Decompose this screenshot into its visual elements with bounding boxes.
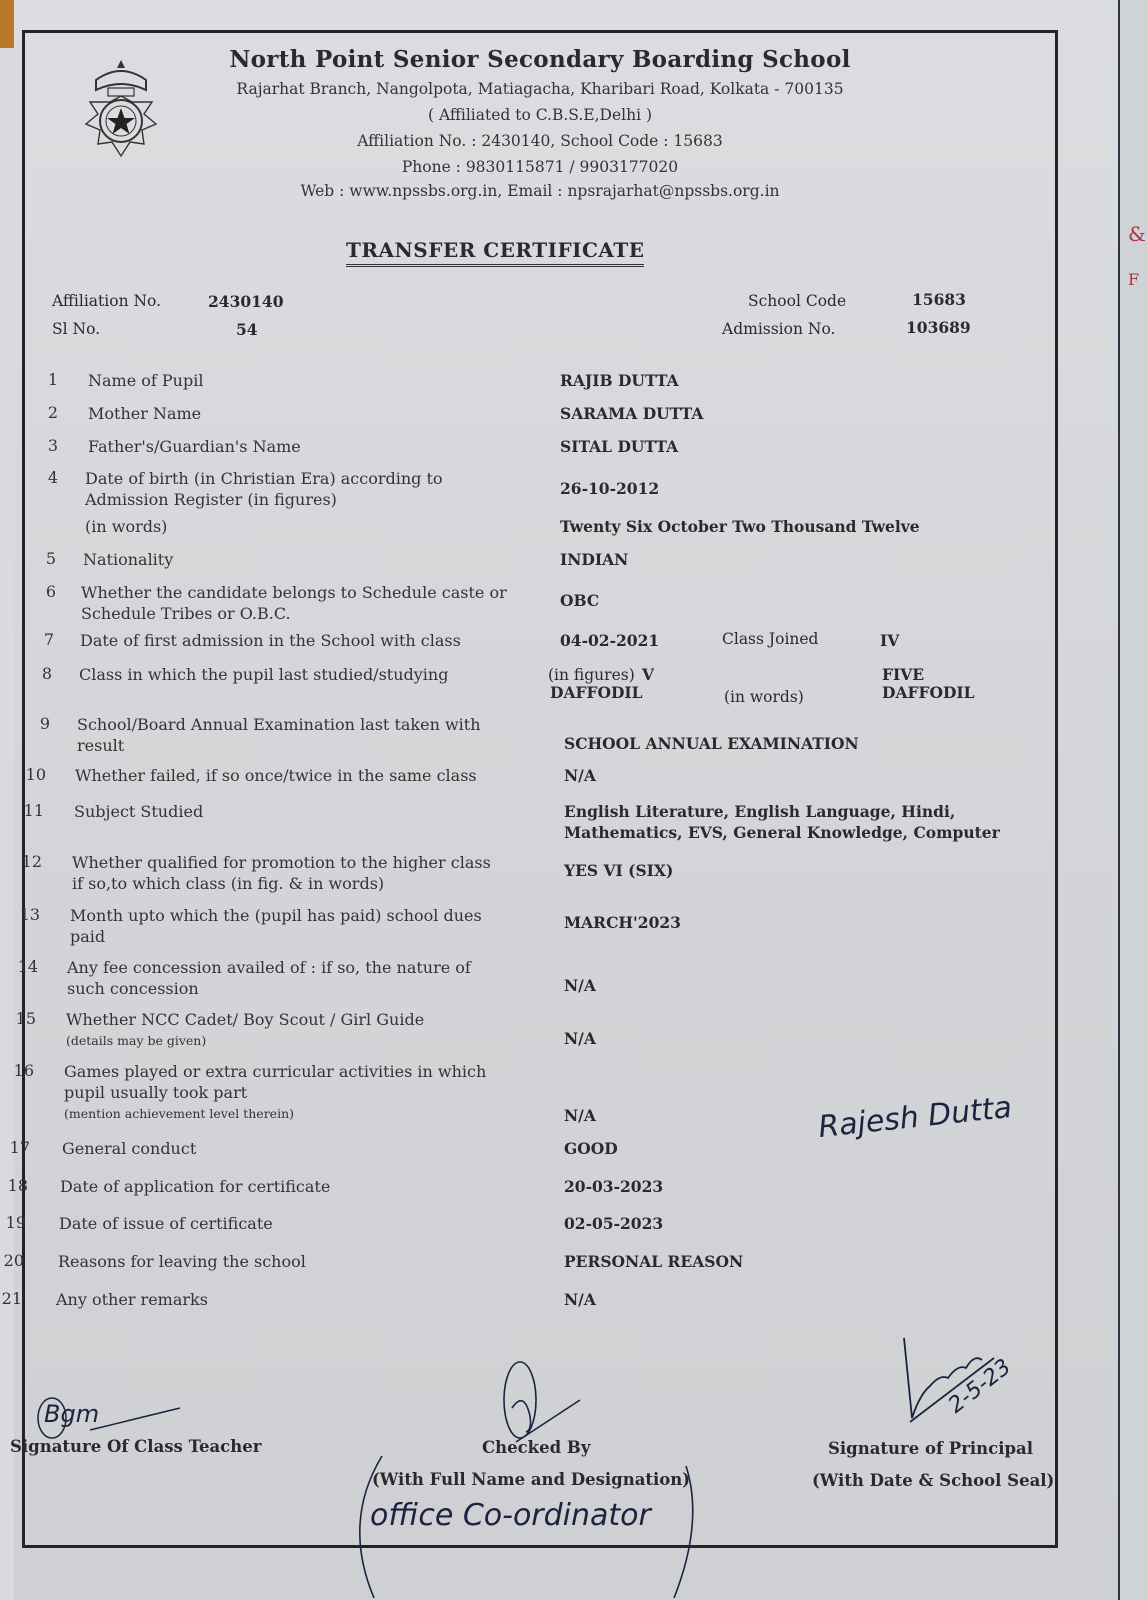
field-7-label: Date of first admission in the School wi… [80, 630, 461, 651]
field-21-label: Any other remarks [56, 1289, 208, 1310]
field-16-value: N/A [564, 1105, 596, 1127]
field-1-value: RAJIB DUTTA [560, 370, 679, 392]
field-12-number: 12 [16, 852, 42, 871]
field-4-words-label: (in words) [85, 516, 167, 537]
document-title: TRANSFER CERTIFICATE [346, 238, 644, 267]
side-note-ampersand: & [1128, 222, 1146, 246]
field-12-label: Whether qualified for promotion to the h… [72, 852, 491, 873]
field-20-number: 20 [0, 1251, 24, 1270]
field-4-label: Date of birth (in Christian Era) accordi… [85, 468, 443, 489]
field-16-number: 16 [8, 1061, 34, 1080]
field-9-number: 9 [24, 714, 50, 733]
field-13-value: MARCH'2023 [564, 912, 681, 934]
field-9-value: SCHOOL ANNUAL EXAMINATION [564, 733, 859, 755]
admission-no-value: 103689 [906, 318, 971, 337]
school-code-label: School Code [748, 292, 846, 310]
field-3-number: 3 [32, 436, 58, 455]
field-3-value: SITAL DUTTA [560, 436, 678, 458]
school-web-email: Web : www.npssbs.org.in, Email : npsraja… [190, 182, 890, 200]
field-8-figures-section: DAFFODIL [550, 682, 643, 704]
field-11-label: Subject Studied [74, 801, 203, 822]
field-10-value: N/A [564, 765, 596, 787]
sl-no-value: 54 [236, 320, 258, 339]
field-16-label-line3: (mention achievement level therein) [64, 1103, 294, 1124]
field-7-class-joined-value: IV [880, 630, 899, 652]
field-11-value-line2: Mathematics, EVS, General Knowledge, Com… [564, 822, 1000, 844]
field-14-number: 14 [12, 957, 38, 976]
field-10-label: Whether failed, if so once/twice in the … [75, 765, 477, 786]
field-13-number: 13 [14, 905, 40, 924]
field-19-value: 02-05-2023 [564, 1213, 663, 1235]
field-2-label: Mother Name [88, 403, 201, 424]
school-affiliation-line: Affiliation No. : 2430140, School Code :… [190, 132, 890, 150]
field-2-value: SARAMA DUTTA [560, 403, 703, 425]
school-name: North Point Senior Secondary Boarding Sc… [190, 46, 890, 73]
field-14-value: N/A [564, 975, 596, 997]
field-15-value: N/A [564, 1028, 596, 1050]
adjacent-paper: & F [1118, 0, 1147, 1600]
field-8-words-label: (in words) [724, 686, 804, 708]
field-8-label: Class in which the pupil last studied/st… [79, 664, 448, 685]
school-address: Rajarhat Branch, Nangolpota, Matiagacha,… [190, 80, 890, 98]
field-18-value: 20-03-2023 [564, 1176, 663, 1198]
field-5-label: Nationality [83, 549, 173, 570]
field-18-label: Date of application for certificate [60, 1176, 330, 1197]
field-4-number: 4 [32, 468, 58, 487]
affiliation-value: 2430140 [208, 292, 284, 311]
field-16-label-line2: pupil usually took part [64, 1082, 247, 1103]
principal-signature-label: Signature of Principal [828, 1439, 1033, 1458]
field-9-label: School/Board Annual Examination last tak… [77, 714, 481, 735]
field-11-number: 11 [18, 801, 44, 820]
field-8-figures-value: V [642, 664, 654, 686]
school-phone: Phone : 9830115871 / 9903177020 [190, 158, 890, 176]
field-14-label-line2: such concession [67, 978, 199, 999]
field-6-label: Whether the candidate belongs to Schedul… [81, 582, 507, 603]
field-2-number: 2 [32, 403, 58, 422]
school-crest-star-icon [82, 58, 160, 158]
school-affiliated-to: ( Affiliated to C.B.S.E,Delhi ) [190, 106, 890, 124]
field-9-label-line2: result [77, 735, 124, 756]
sl-no-label: Sl No. [52, 320, 100, 338]
field-1-number: 1 [32, 370, 58, 389]
field-4-words-value: Twenty Six October Two Thousand Twelve [560, 516, 920, 538]
field-17-number: 17 [4, 1138, 30, 1157]
field-17-label: General conduct [62, 1138, 196, 1159]
checked-by-sublabel: (With Full Name and Designation) [372, 1470, 690, 1489]
field-8-number: 8 [26, 664, 52, 683]
field-8-words-section: DAFFODIL [882, 682, 975, 704]
field-13-label-line2: paid [70, 926, 105, 947]
field-18-number: 18 [2, 1176, 28, 1195]
checked-by-label: Checked By [482, 1438, 590, 1457]
field-12-label-line2: if so,to which class (in fig. & in words… [72, 873, 384, 894]
field-13-label: Month upto which the (pupil has paid) sc… [70, 905, 482, 926]
field-4-value: 26-10-2012 [560, 478, 659, 500]
field-7-class-joined-label: Class Joined [722, 628, 818, 650]
class-teacher-signature-label: Signature Of Class Teacher [10, 1437, 261, 1456]
field-21-number: 21 [0, 1289, 22, 1308]
affiliation-label: Affiliation No. [52, 292, 161, 310]
field-11-value: English Literature, English Language, Hi… [564, 801, 955, 823]
field-7-value: 04-02-2021 [560, 630, 659, 652]
background-edge [0, 0, 14, 1600]
field-15-number: 15 [10, 1009, 36, 1028]
admission-no-label: Admission No. [722, 320, 835, 338]
field-6-number: 6 [30, 582, 56, 601]
field-1-label: Name of Pupil [88, 370, 203, 391]
side-note-f: F [1128, 270, 1139, 289]
field-4-label-line2: Admission Register (in figures) [85, 489, 337, 510]
field-20-value: PERSONAL REASON [564, 1251, 743, 1273]
field-20-label: Reasons for leaving the school [58, 1251, 306, 1272]
field-6-label-line2: Schedule Tribes or O.B.C. [81, 603, 291, 624]
field-3-label: Father's/Guardian's Name [88, 436, 301, 457]
field-6-value: OBC [560, 590, 599, 612]
field-14-label: Any fee concession availed of : if so, t… [67, 957, 471, 978]
checked-by-signature [490, 1360, 590, 1450]
field-19-label: Date of issue of certificate [59, 1213, 273, 1234]
field-10-number: 10 [20, 765, 46, 784]
field-5-number: 5 [30, 549, 56, 568]
school-code-value: 15683 [912, 290, 966, 309]
field-17-value: GOOD [564, 1138, 618, 1160]
field-5-value: INDIAN [560, 549, 628, 571]
field-12-value: YES VI (SIX) [564, 860, 673, 882]
principal-signature-sublabel: (With Date & School Seal) [812, 1471, 1054, 1490]
field-7-number: 7 [28, 630, 54, 649]
field-15-label: Whether NCC Cadet/ Boy Scout / Girl Guid… [66, 1009, 424, 1030]
field-16-label: Games played or extra curricular activit… [64, 1061, 486, 1082]
field-21-value: N/A [564, 1289, 596, 1311]
field-19-number: 19 [0, 1213, 26, 1232]
field-15-label-line2: (details may be given) [66, 1030, 206, 1051]
